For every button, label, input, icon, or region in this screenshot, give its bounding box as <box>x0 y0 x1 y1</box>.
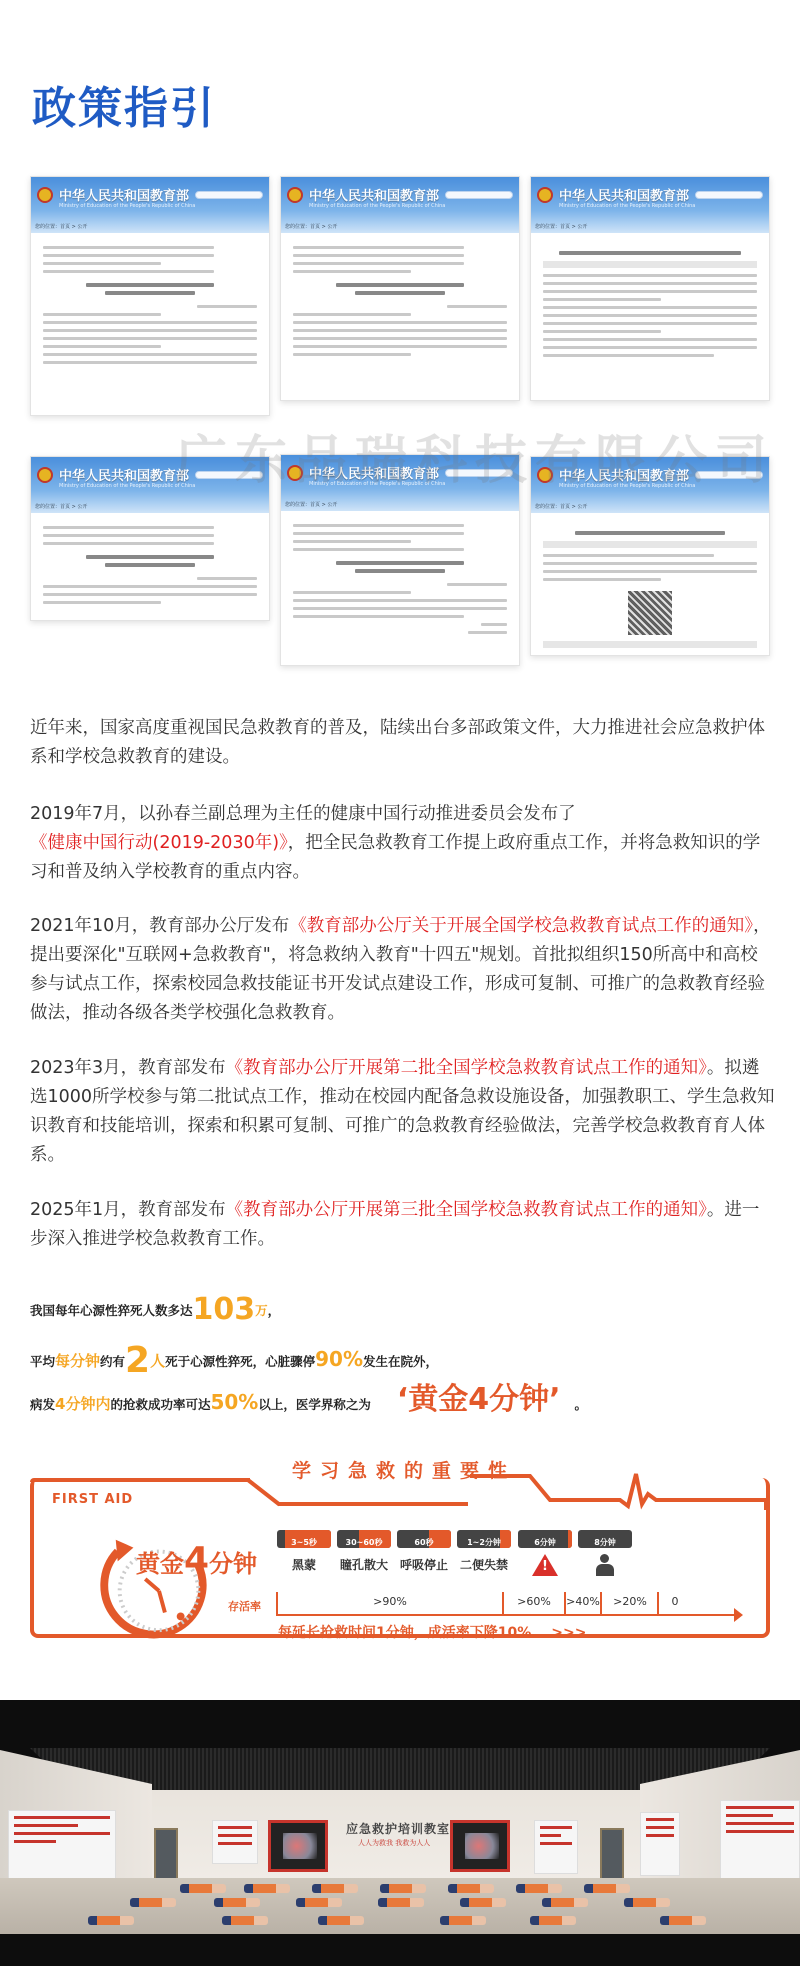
stat-text: 发生在院外， <box>363 1354 438 1369</box>
document-title <box>336 283 464 287</box>
ministry-name: 中华人民共和国教育部 <box>59 185 189 204</box>
search-box <box>695 191 763 199</box>
display-screen <box>268 1820 328 1872</box>
paragraph-text: 2021年10月，教育部办公厅发布 <box>30 916 289 936</box>
stage-time: 60秒 <box>414 1538 433 1547</box>
wall-poster <box>534 1820 578 1874</box>
company-watermark: 广东品瑞科技有限公司 <box>175 418 775 493</box>
cpr-manikin <box>180 1884 226 1893</box>
stat-text: 。 <box>575 1397 588 1412</box>
survival-rate-label: 存活率 <box>228 1598 261 1614</box>
stage-item: 60秒 呼吸停止 <box>393 1530 455 1573</box>
cpr-manikin <box>460 1898 506 1907</box>
axis-tick <box>502 1592 504 1614</box>
cpr-manikin <box>244 1884 290 1893</box>
cpr-manikin <box>88 1916 134 1925</box>
cpr-manikin <box>516 1884 562 1893</box>
national-emblem-icon <box>287 187 303 203</box>
breadcrumb: 您的位置：首页 > 公开 <box>285 501 337 508</box>
stat-number: 103 <box>193 1292 256 1327</box>
ministry-name-en: Ministry of Education of the People's Re… <box>59 203 195 209</box>
stage-item: 8分钟 <box>574 1530 636 1576</box>
breadcrumb: 您的位置：首页 > 公开 <box>285 223 337 230</box>
stat-text: 死于心源性猝死，心脏骤停 <box>165 1354 315 1369</box>
wall-poster <box>8 1810 116 1880</box>
document-title <box>86 283 214 287</box>
policy-document-link[interactable]: 《教育部办公厅开展第三批全国学校急救教育试点工作的通知》 <box>226 1200 707 1220</box>
ministry-name: 中华人民共和国教育部 <box>59 465 189 484</box>
policy-paragraph: 2025年1月，教育部发布《教育部办公厅开展第三批全国学校急救教育试点工作的通知… <box>30 1196 775 1254</box>
training-classroom-image: 应急救护培训教室 人人为救我 我救为人人 <box>0 1700 800 1966</box>
ministry-name: 中华人民共和国教育部 <box>309 185 439 204</box>
classroom-slogan: 人人为救我 我救为人人 <box>358 1838 430 1848</box>
cpr-manikin <box>448 1884 494 1893</box>
ministry-header: 中华人民共和国教育部 Ministry of Education of the … <box>31 177 269 233</box>
paragraph-text: 2019年7月，以孙春兰副总理为主任的健康中国行动推进委员会发布了 <box>30 804 576 824</box>
survival-rate-value: >40% <box>566 1595 600 1608</box>
stat-highlight: 每分钟 <box>55 1352 100 1370</box>
document-title <box>559 251 741 255</box>
stage-item: 6分钟 <box>514 1530 576 1576</box>
survival-rate-value: >60% <box>508 1595 560 1608</box>
cpr-manikin <box>380 1884 426 1893</box>
cpr-manikin <box>378 1898 424 1907</box>
national-emblem-icon <box>37 467 53 483</box>
first-aid-brand: FIRST AID <box>52 1492 133 1507</box>
policy-paragraph: 近年来，国家高度重视国民急救教育的普及，陆续出台多部政策文件，大力推进社会应急救… <box>30 714 775 772</box>
stat-text: 约有 <box>100 1354 125 1369</box>
national-emblem-icon <box>37 187 53 203</box>
policy-paragraph: 2021年10月，教育部办公厅发布《教育部办公厅关于开展全国学校急救教育试点工作… <box>30 912 775 1028</box>
cpr-manikin <box>440 1916 486 1925</box>
cpr-manikin <box>296 1898 342 1907</box>
cpr-manikin <box>214 1898 260 1907</box>
stat-text: 平均 <box>30 1354 55 1369</box>
stage-label: 瞳孔散大 <box>333 1556 395 1573</box>
cpr-manikin <box>222 1916 268 1925</box>
battery-icon: 1~2分钟 <box>457 1530 511 1548</box>
document-title <box>575 531 725 535</box>
stage-label: 呼吸停止 <box>393 1556 455 1573</box>
policy-document-link[interactable]: 《健康中国行动(2019-2030年)》 <box>30 833 288 853</box>
stage-label: 二便失禁 <box>453 1556 515 1573</box>
page-title: 政策指引 <box>32 72 216 136</box>
cpr-manikin <box>130 1898 176 1907</box>
classroom-title: 应急救护培训教室 <box>346 1820 450 1837</box>
golden-four-minutes: ‘黄金4分钟’ <box>397 1382 561 1417</box>
battery-icon: 3~5秒 <box>277 1530 331 1548</box>
golden-label-text: 黄金 <box>136 1550 184 1578</box>
policy-document-card[interactable]: 中华人民共和国教育部 Ministry of Education of the … <box>30 176 270 416</box>
golden-label-number: 4 <box>184 1540 209 1581</box>
breadcrumb: 您的位置：首页 > 公开 <box>535 223 587 230</box>
warning-icon <box>532 1554 558 1576</box>
policy-document-card[interactable]: 中华人民共和国教育部 Ministry of Education of the … <box>280 176 520 401</box>
stage-item: 1~2分钟 二便失禁 <box>453 1530 515 1573</box>
policy-document-card[interactable]: 中华人民共和国教育部 Ministry of Education of the … <box>530 176 770 401</box>
document-title <box>336 561 464 565</box>
frame-edge <box>278 1502 468 1506</box>
stat-unit: 人 <box>150 1352 165 1370</box>
cpr-manikin <box>584 1884 630 1893</box>
cpr-manikin <box>542 1898 588 1907</box>
wall-poster <box>212 1820 258 1864</box>
wall-poster <box>640 1812 680 1876</box>
stat-text: 的抢救成功率可达 <box>110 1397 210 1412</box>
stat-unit: 万 <box>255 1303 268 1318</box>
cpr-manikin <box>530 1916 576 1925</box>
breadcrumb: 您的位置：首页 > 公开 <box>35 223 87 230</box>
national-emblem-icon <box>537 187 553 203</box>
battery-icon: 8分钟 <box>578 1530 632 1548</box>
axis-tick <box>657 1592 659 1614</box>
stat-percent: 50% <box>210 1390 258 1414</box>
stage-time: 3~5秒 <box>291 1538 317 1547</box>
stat-line-golden-minutes: 病发4分钟内的抢救成功率可达50%以上，医学界称之为‘黄金4分钟’。 <box>30 1374 587 1418</box>
survival-rate-value: >90% <box>360 1595 420 1608</box>
decline-note: 每延长抢救时间1分钟，成活率下降10%>>> <box>278 1622 586 1642</box>
ministry-name-en: Ministry of Education of the People's Re… <box>559 203 695 209</box>
paragraph-text: 2025年1月，教育部发布 <box>30 1200 226 1220</box>
search-box <box>445 191 513 199</box>
golden-four-minutes-label: 黄金4分钟 <box>136 1540 257 1581</box>
stat-text: 以上，医学界称之为 <box>258 1397 371 1412</box>
policy-document-link[interactable]: 《教育部办公厅开展第二批全国学校急救教育试点工作的通知》 <box>226 1058 707 1078</box>
document-number <box>197 305 257 308</box>
stat-line-annual-deaths: 我国每年心源性猝死人数多达103万， <box>30 1292 280 1327</box>
battery-icon: 6分钟 <box>518 1530 572 1548</box>
qr-code-icon <box>628 591 672 635</box>
cpr-manikin <box>318 1916 364 1925</box>
battery-icon: 30~60秒 <box>337 1530 391 1548</box>
stage-time: 1~2分钟 <box>467 1538 501 1547</box>
policy-paragraph: 2019年7月，以孙春兰副总理为主任的健康中国行动推进委员会发布了 《健康中国行… <box>30 800 775 887</box>
arrow-right-icon <box>734 1608 743 1622</box>
axis-tick <box>276 1592 278 1614</box>
search-box <box>195 191 263 199</box>
survival-rate-value: 0 <box>662 1595 688 1608</box>
ministry-name: 中华人民共和国教育部 <box>559 185 689 204</box>
stat-text: 我国每年心源性猝死人数多达 <box>30 1303 193 1318</box>
document-title <box>86 555 214 559</box>
ministry-name-en: Ministry of Education of the People's Re… <box>309 203 445 209</box>
stage-item: 30~60秒 瞳孔散大 <box>333 1530 395 1573</box>
person-icon <box>594 1552 616 1576</box>
heartbeat-line-icon <box>470 1470 770 1510</box>
stage-item: 3~5秒 黑蒙 <box>273 1530 335 1573</box>
battery-icon: 60秒 <box>397 1530 451 1548</box>
policy-document-link[interactable]: 《教育部办公厅关于开展全国学校急救教育试点工作的通知》 <box>289 916 753 936</box>
golden-label-text: 分钟 <box>209 1550 257 1578</box>
policy-paragraph: 2023年3月，教育部发布《教育部办公厅开展第二批全国学校急救教育试点工作的通知… <box>30 1054 775 1170</box>
timeline-axis <box>276 1614 736 1616</box>
breadcrumb: 您的位置：首页 > 公开 <box>35 503 87 510</box>
survival-rate-value: >20% <box>604 1595 656 1608</box>
cpr-manikin <box>624 1898 670 1907</box>
stat-text: ， <box>268 1303 281 1318</box>
stat-highlight: 4分钟内 <box>55 1395 110 1413</box>
chevrons-right-icon: >>> <box>551 1625 586 1641</box>
axis-tick <box>600 1592 602 1614</box>
frame-edge <box>30 1478 250 1482</box>
stat-percent: 90% <box>315 1347 363 1371</box>
first-aid-importance-infographic: 学习急救的重要性 FIRST AID 黄金4分钟 3~5秒 黑蒙 30~60秒 … <box>30 1452 770 1638</box>
cpr-manikin <box>312 1884 358 1893</box>
stat-text: 病发 <box>30 1397 55 1412</box>
stage-time: 30~60秒 <box>346 1538 383 1547</box>
decline-text: 每延长抢救时间1分钟，成活率下降10% <box>278 1625 531 1641</box>
stage-time: 8分钟 <box>594 1538 616 1547</box>
stage-time: 6分钟 <box>534 1538 556 1547</box>
cpr-manikin <box>660 1916 706 1925</box>
paragraph-text: 2023年3月，教育部发布 <box>30 1058 226 1078</box>
breadcrumb: 您的位置：首页 > 公开 <box>535 503 587 510</box>
display-screen <box>450 1820 510 1872</box>
paragraph-text: 近年来，国家高度重视国民急救教育的普及，陆续出台多部政策文件，大力推进社会应急救… <box>30 718 765 767</box>
stage-label: 黑蒙 <box>273 1556 335 1573</box>
